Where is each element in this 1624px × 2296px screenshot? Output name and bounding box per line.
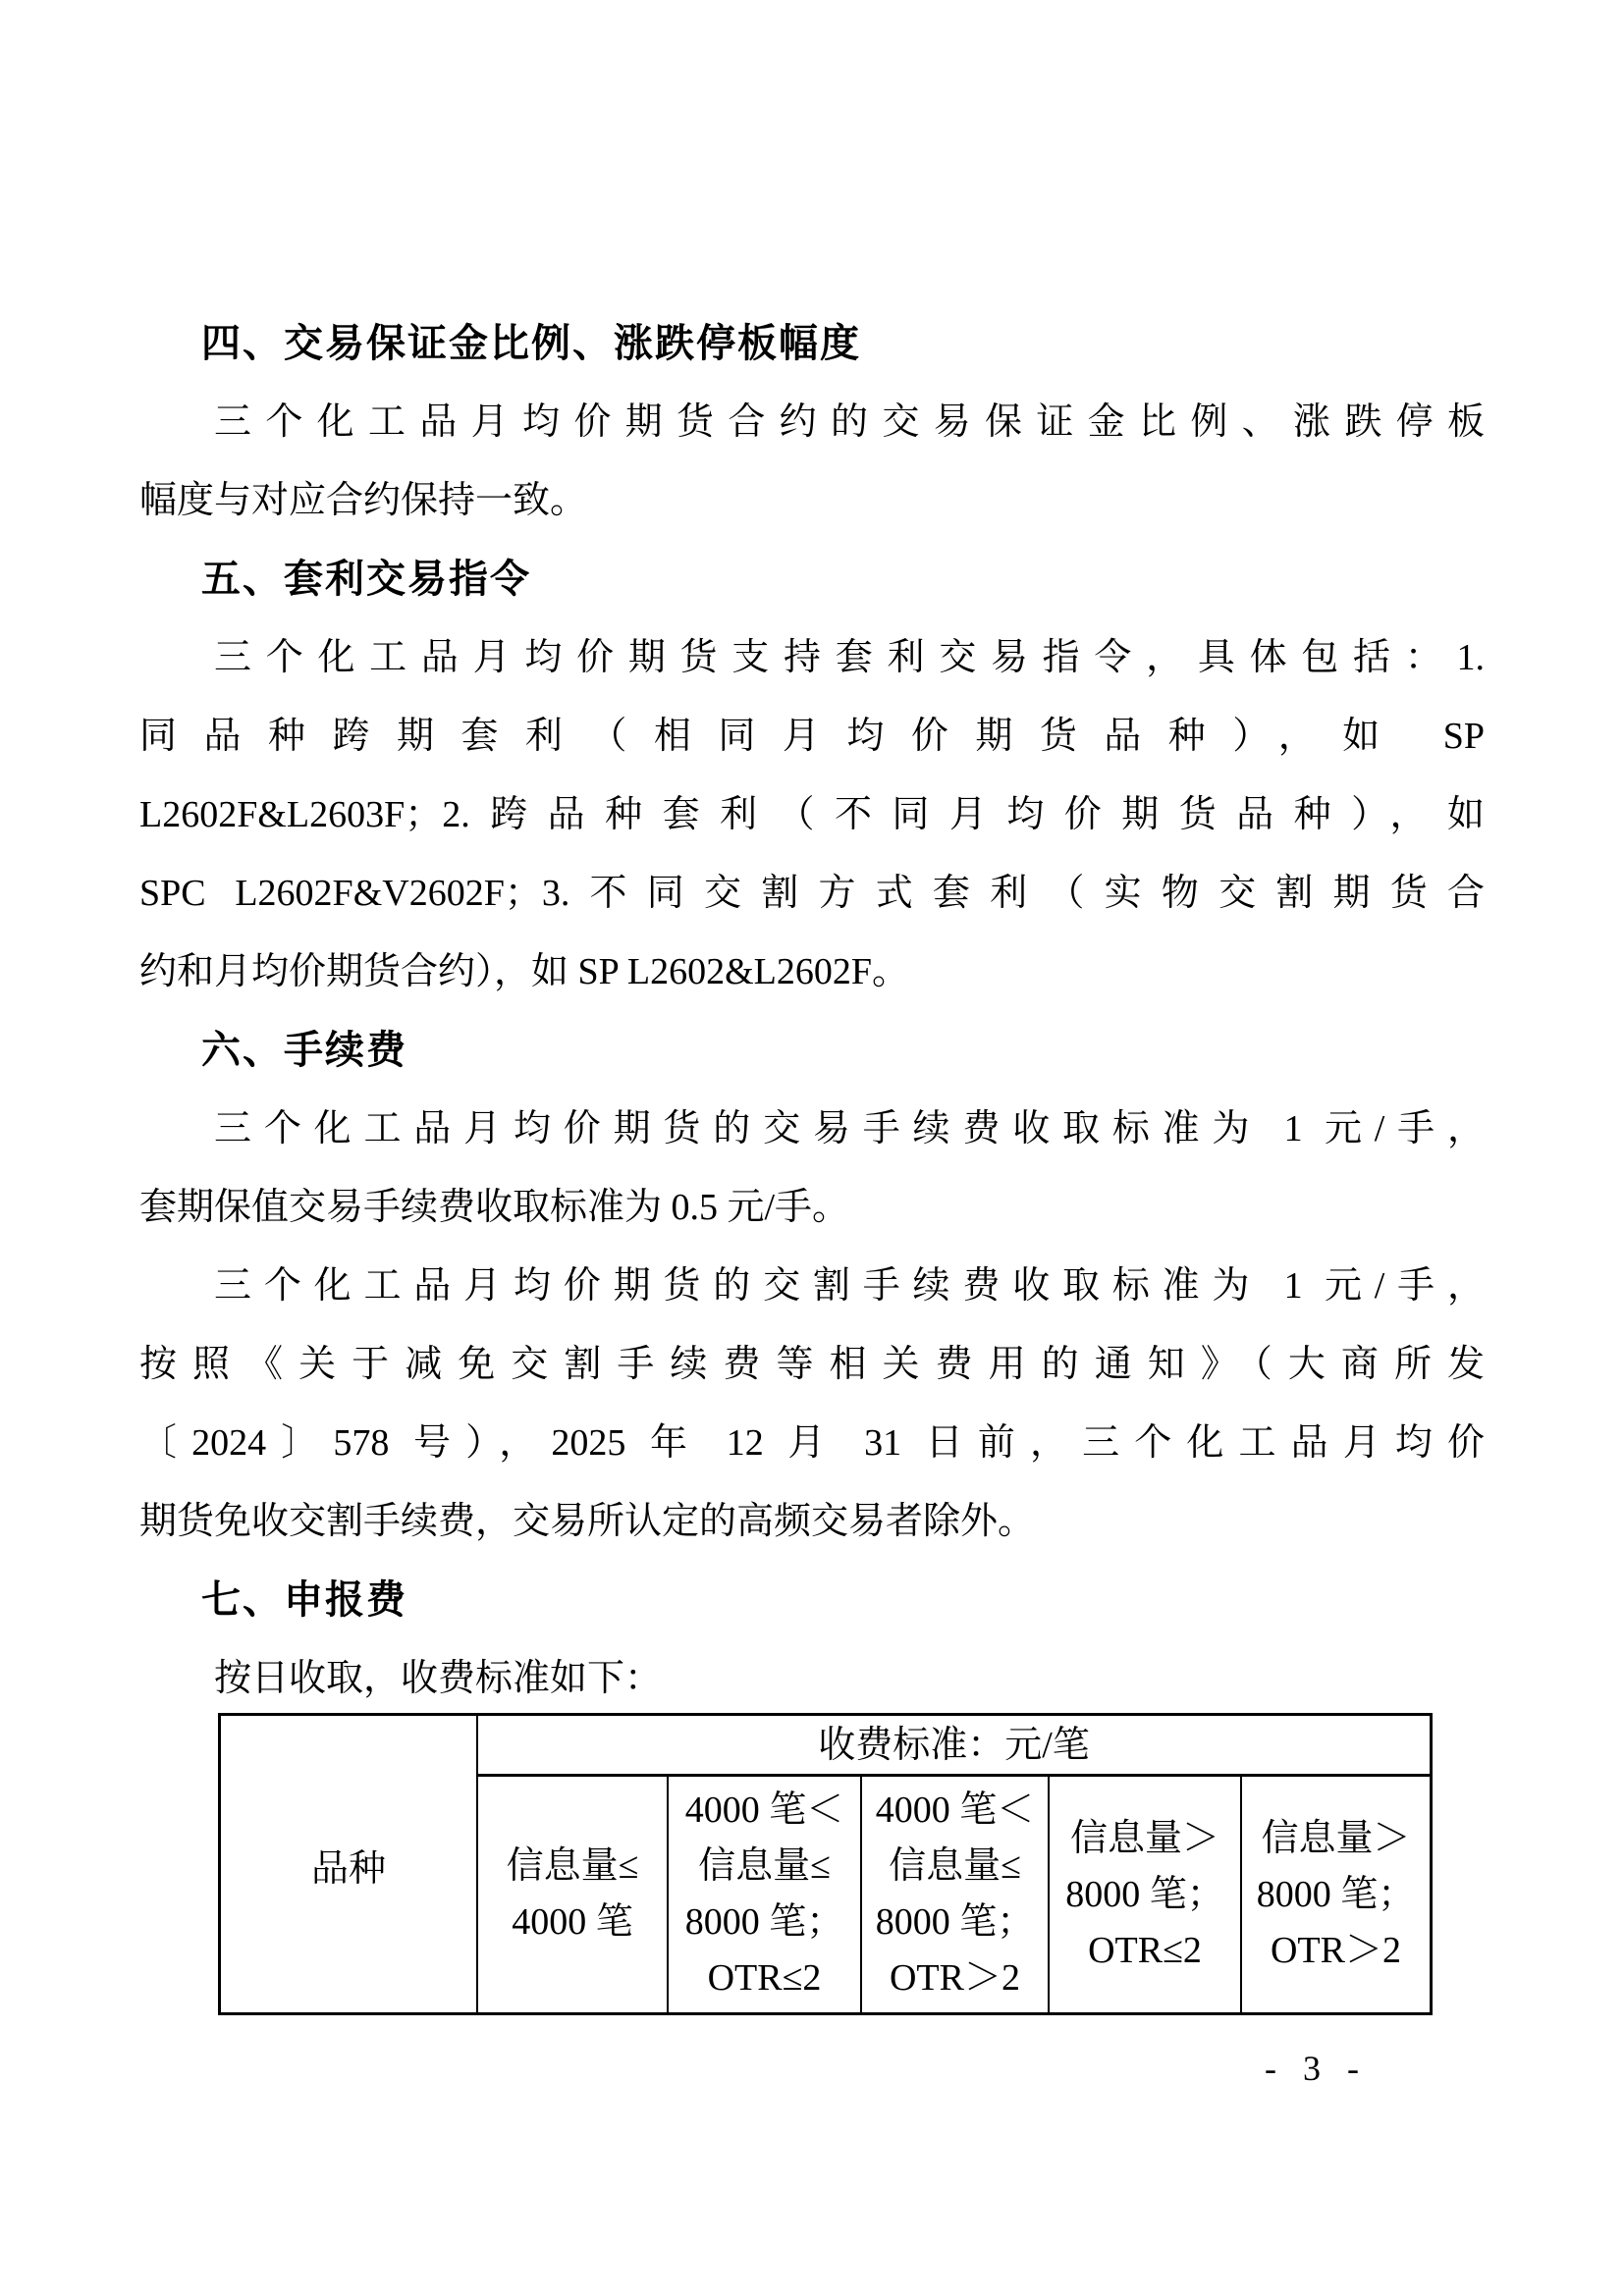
section-5-line-1: 三个化工品月均价期货支持套利交易指令，具体包括：1. — [139, 618, 1485, 697]
fee-table-tier-5: 信息量＞ 8000 笔； OTR＞2 — [1240, 1777, 1430, 2012]
tier-4-line: 信息量＞ — [1070, 1811, 1219, 1867]
section-6-line-2: 套期保值交易手续费收取标准为 0.5 元/手。 — [139, 1168, 1485, 1247]
page-number: - 3 - — [1265, 2048, 1368, 2089]
fee-table-tier-4: 信息量＞ 8000 笔； OTR≤2 — [1048, 1777, 1240, 2012]
fee-table-unit-header-label: 收费标准：元/笔 — [818, 1717, 1090, 1774]
section-6-line-3: 三个化工品月均价期货的交割手续费收取标准为 1 元/手， — [139, 1247, 1485, 1325]
tier-5-line: 信息量＞ — [1261, 1811, 1410, 1867]
heading-section-6: 六、手续费 — [139, 1011, 1485, 1090]
section-5-line-2: 同品种跨期套利（相同月均价期货品种），如 SP — [139, 697, 1485, 775]
fee-table-product-label: 品种 — [311, 1838, 386, 1892]
fee-table-product-cell: 品种 — [221, 1716, 478, 2012]
document-body: 四、交易保证金比例、涨跌停板幅度 三个化工品月均价期货合约的交易保证金比例、涨跌… — [139, 304, 1485, 1718]
section-6-line-1: 三个化工品月均价期货的交易手续费收取标准为 1 元/手， — [139, 1090, 1485, 1168]
heading-section-5: 五、套利交易指令 — [139, 540, 1485, 618]
tier-5-line: 8000 笔； — [1257, 1867, 1416, 1923]
section-6-line-6: 期货免收交割手续费，交易所认定的高频交易者除外。 — [139, 1482, 1485, 1561]
tier-2-line: OTR≤2 — [708, 1950, 822, 2006]
fee-table: 品种 收费标准：元/笔 信息量≤ 4000 笔 4000 笔＜ 信息量≤ 800… — [218, 1713, 1433, 2015]
tier-2-line: 信息量≤ — [698, 1839, 831, 1895]
section-6-line-5: 〔2024〕578 号），2025 年 12 月 31 日前，三个化工品月均价 — [139, 1404, 1485, 1482]
fee-table-tier-1: 信息量≤ 4000 笔 — [478, 1777, 667, 2012]
tier-3-line: OTR＞2 — [890, 1950, 1020, 2006]
tier-3-line: 信息量≤ — [889, 1839, 1021, 1895]
heading-section-4: 四、交易保证金比例、涨跌停板幅度 — [139, 304, 1485, 383]
heading-section-7: 七、申报费 — [139, 1561, 1485, 1639]
fee-table-unit-header: 收费标准：元/笔 — [478, 1716, 1430, 1777]
section-5-line-5: 约和月均价期货合约），如 SP L2602&L2602F。 — [139, 933, 1485, 1011]
section-4-line-2: 幅度与对应合约保持一致。 — [139, 461, 1485, 540]
section-5-line-4: SPC L2602F&V2602F；3.不同交割方式套利（实物交割期货合 — [139, 854, 1485, 933]
fee-table-tier-3: 4000 笔＜ 信息量≤ 8000 笔； OTR＞2 — [860, 1777, 1048, 2012]
fee-table-tier-2: 4000 笔＜ 信息量≤ 8000 笔； OTR≤2 — [667, 1777, 860, 2012]
tier-1-line: 4000 笔 — [512, 1895, 633, 1950]
document-page: 四、交易保证金比例、涨跌停板幅度 三个化工品月均价期货合约的交易保证金比例、涨跌… — [0, 0, 1624, 2296]
section-7-line-1: 按日收取，收费标准如下： — [139, 1639, 1485, 1718]
section-5-line-3: L2602F&L2603F；2.跨品种套利（不同月均价期货品种），如 — [139, 775, 1485, 854]
tier-2-line: 8000 笔； — [685, 1895, 844, 1950]
tier-5-line: OTR＞2 — [1271, 1923, 1401, 1979]
tier-1-line: 信息量≤ — [507, 1839, 639, 1895]
tier-2-line: 4000 笔＜ — [685, 1783, 844, 1839]
section-4-line-1: 三个化工品月均价期货合约的交易保证金比例、涨跌停板 — [139, 383, 1485, 461]
section-6-line-4: 按照《关于减免交割手续费等相关费用的通知》（大商所发 — [139, 1325, 1485, 1404]
tier-3-line: 4000 笔＜ — [876, 1783, 1035, 1839]
tier-4-line: 8000 笔； — [1065, 1867, 1224, 1923]
tier-3-line: 8000 笔； — [876, 1895, 1035, 1950]
tier-4-line: OTR≤2 — [1088, 1923, 1202, 1979]
